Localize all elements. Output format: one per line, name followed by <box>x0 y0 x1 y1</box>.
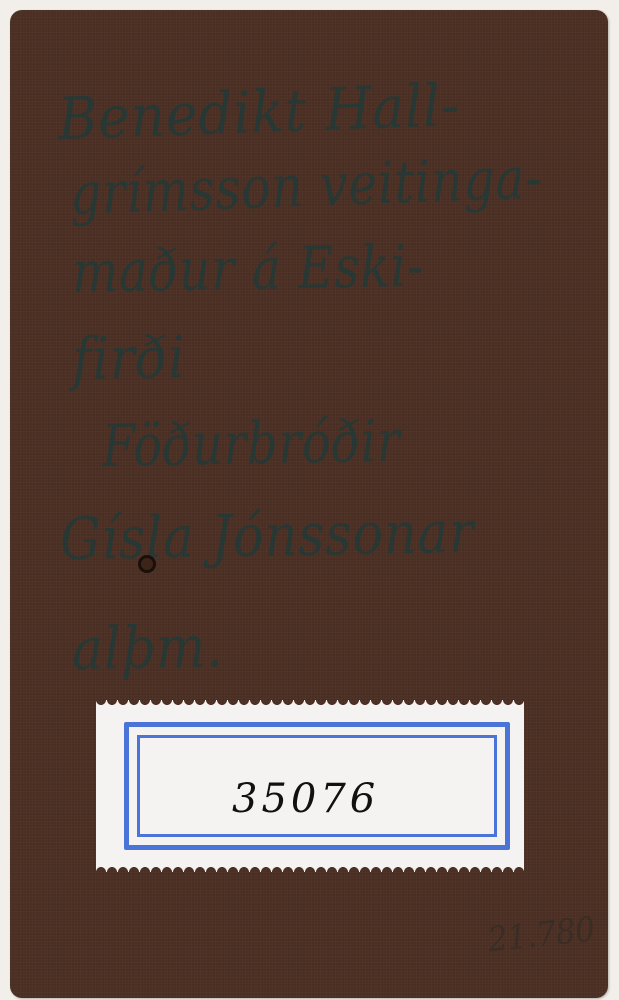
handwritten-line: Benedikt Hall- <box>57 71 461 153</box>
label-paper: 35076 <box>96 700 524 872</box>
handwritten-line: grímsson veitinga- <box>69 144 544 228</box>
corner-pencil-note: 21.780 <box>486 910 597 961</box>
label-inner-border: 35076 <box>137 735 497 837</box>
handwritten-line: alþm. <box>71 612 224 683</box>
handwritten-line: Föðurbróðir <box>101 407 401 480</box>
handwritten-line: firði <box>71 323 186 393</box>
handwritten-line: Gísla Jónssonar <box>59 498 474 573</box>
label-outer-border: 35076 <box>124 722 510 850</box>
punch-hole <box>138 555 156 573</box>
archive-number: 35076 <box>232 776 379 822</box>
archive-number-label: 35076 <box>96 700 524 872</box>
handwritten-line: maður á Eski- <box>71 232 424 306</box>
